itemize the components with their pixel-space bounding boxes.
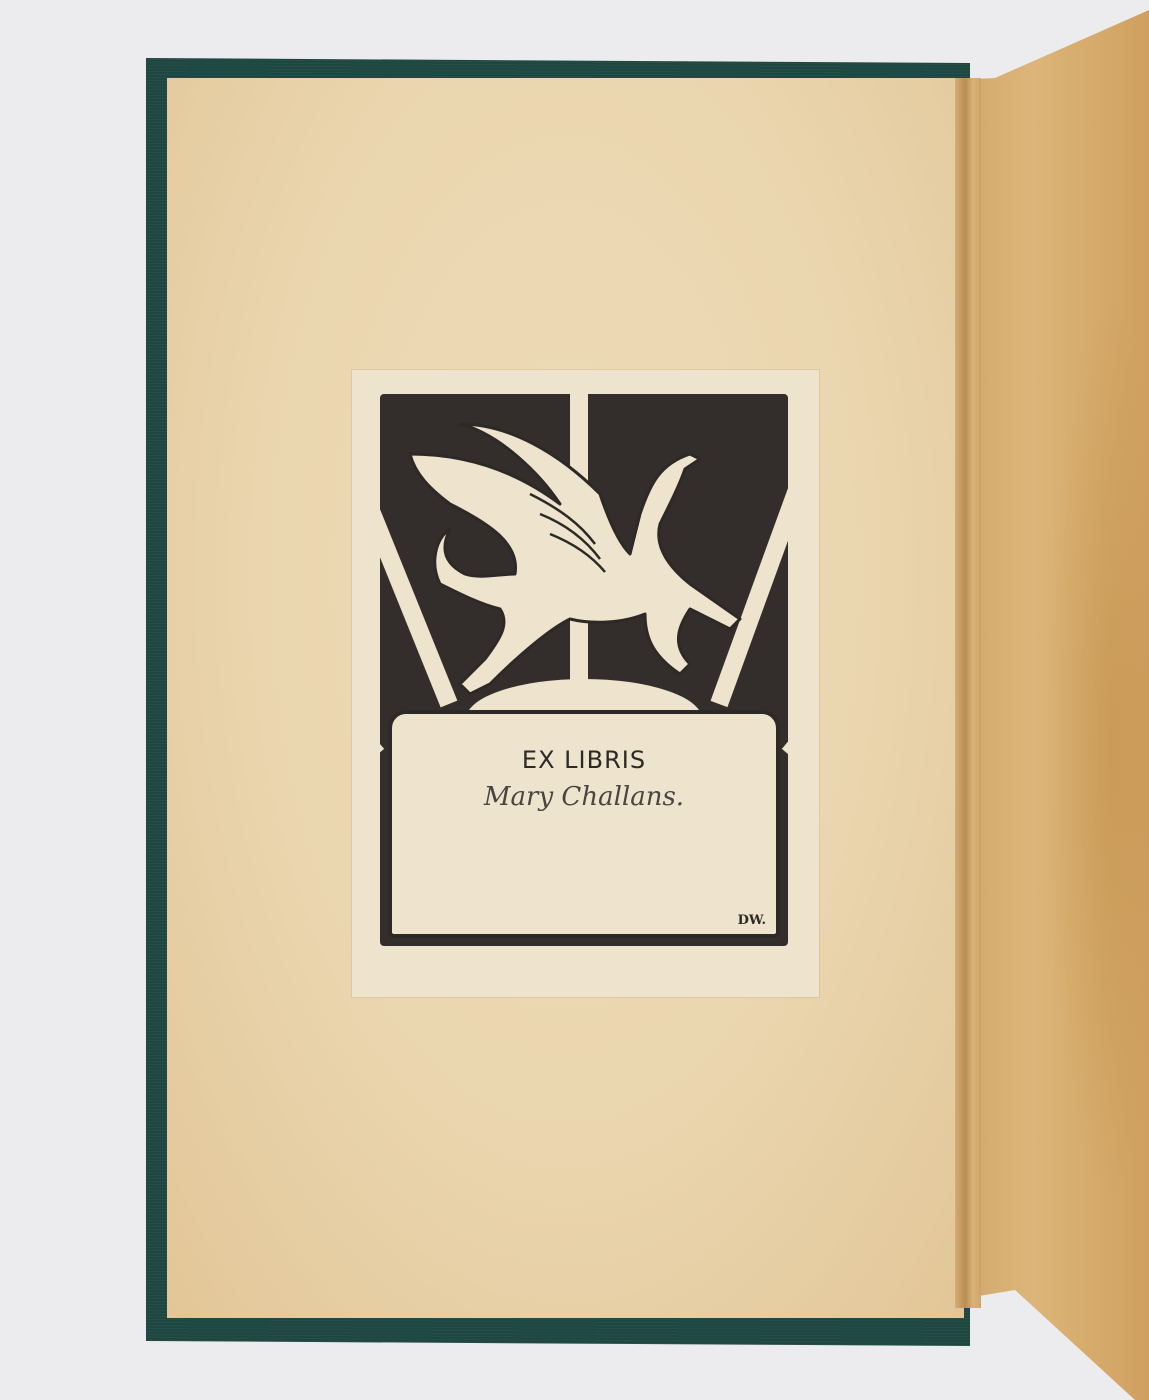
pegasus-illustration bbox=[390, 414, 780, 714]
banner-scroll: EX LIBRIS Mary Challans. DW. bbox=[388, 710, 780, 938]
ex-libris-heading: EX LIBRIS bbox=[392, 746, 776, 774]
facing-flyleaf bbox=[955, 0, 1149, 1400]
owner-inscription: Mary Challans. bbox=[392, 782, 776, 812]
foxing-stain bbox=[1045, 300, 1149, 1200]
book-gutter bbox=[955, 78, 981, 1308]
artist-monogram: DW. bbox=[738, 913, 766, 928]
bookplate-woodcut: EX LIBRIS Mary Challans. DW. bbox=[380, 394, 788, 946]
bookplate: EX LIBRIS Mary Challans. DW. bbox=[352, 370, 819, 997]
sun-ray bbox=[782, 565, 788, 759]
sun-ray bbox=[380, 565, 384, 759]
